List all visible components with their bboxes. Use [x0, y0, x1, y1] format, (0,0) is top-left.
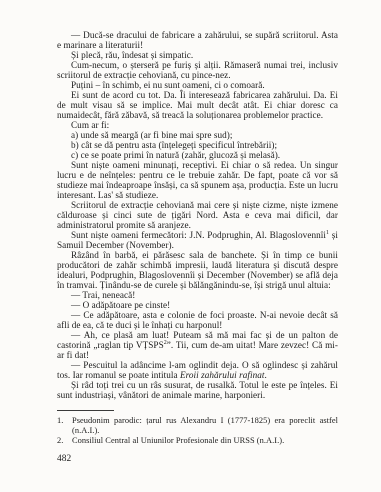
paragraph: Scriitorul de extracție cehoviană mai ce…: [57, 200, 338, 230]
paragraph: — Ah, ce plasă am luat! Puteam să mă mai…: [57, 330, 338, 360]
paragraph: Și râd toți trei cu un râs susurat, de r…: [57, 380, 338, 400]
page-number: 482: [57, 454, 338, 464]
text-segment: — Ducă-se dracului de fabricare a zahăru…: [57, 30, 338, 50]
footnotes-list: 1.Pseudonim parodic: țarul rus Alexandru…: [57, 416, 338, 445]
footnote-text: Consiliul Central al Uniunilor Profesion…: [72, 436, 338, 446]
footnote-number: 2.: [57, 436, 72, 446]
footnote: 2.Consiliul Central al Uniunilor Profesi…: [57, 436, 338, 446]
paragraph: Și plecă, rău, îndesat și simpatic.: [57, 50, 338, 60]
text-segment: b) cât se dă pentru asta (înțelegeți spe…: [71, 140, 277, 150]
text-segment: Cum-necum, o șterseră pe furiș și alții.…: [57, 60, 338, 80]
text-segment: Puțini – în schimb, ei nu sunt oameni, c…: [71, 80, 265, 90]
paragraph: Puțini – în schimb, ei nu sunt oameni, c…: [57, 80, 338, 90]
footnote-text: Pseudonim parodic: țarul rus Alexandru I…: [72, 416, 338, 436]
paragraph: — O adăpătoare pe cinste!: [57, 300, 338, 310]
text-segment: a) unde să meargă (ar fi bine mai spre s…: [71, 130, 232, 140]
paragraph: — Ce adăpătoare, asta e colonie de foci …: [57, 310, 338, 330]
text-segment: Scriitorul de extracție cehoviană mai ce…: [57, 200, 338, 230]
text-segment: c) ce se poate primi în natură (zahăr, g…: [71, 150, 280, 160]
text-segment: Ei sunt de acord cu tot. Da. Îi interese…: [57, 90, 338, 120]
text-segment: Sunt niște oameni minunați, receptivi. E…: [57, 160, 338, 200]
paragraph: c) ce se poate primi în natură (zahăr, g…: [57, 150, 338, 160]
text-segment: Sunt niște oameni fermecători: J.N. Podp…: [71, 230, 326, 240]
text-segment: Râzând în barbă, ei părăsesc sala de ban…: [57, 250, 338, 290]
footnote: 1.Pseudonim parodic: țarul rus Alexandru…: [57, 416, 338, 436]
paragraph: — Ducă-se dracului de fabricare a zahăru…: [57, 30, 338, 50]
text-segment: Cum ar fi:: [71, 120, 109, 130]
paragraph: Râzând în barbă, ei părăsesc sala de ban…: [57, 250, 338, 290]
book-page: — Ducă-se dracului de fabricare a zahăru…: [0, 0, 381, 492]
footnote-divider: [57, 410, 114, 411]
paragraph: — Pescuitul la adâncime l-am oglindit de…: [57, 360, 338, 380]
paragraph: Cum ar fi:: [57, 120, 338, 130]
paragraph: Sunt niște oameni minunați, receptivi. E…: [57, 160, 338, 200]
paragraph: Sunt niște oameni fermecători: J.N. Podp…: [57, 230, 338, 250]
text-segment: — Trai, neneacă!: [71, 290, 135, 300]
text-segment: — O adăpătoare pe cinste!: [71, 300, 170, 310]
text-segment: Și plecă, rău, îndesat și simpatic.: [71, 50, 193, 60]
text-segment: — Ce adăpătoare, asta e colonie de foci …: [57, 310, 338, 330]
paragraph: — Trai, neneacă!: [57, 290, 338, 300]
footnote-number: 1.: [57, 416, 72, 436]
paragraph: b) cât se dă pentru asta (înțelegeți spe…: [57, 140, 338, 150]
text-block: — Ducă-se dracului de fabricare a zahăru…: [57, 30, 338, 464]
text-segment: Și râd toți trei cu un râs susurat, de r…: [57, 380, 338, 400]
body-text: — Ducă-se dracului de fabricare a zahăru…: [57, 30, 338, 400]
paragraph: Cum-necum, o șterseră pe furiș și alții.…: [57, 60, 338, 80]
text-segment: .: [264, 370, 266, 380]
text-segment: Eroii zahărului rafinat: [180, 370, 265, 380]
paragraph: a) unde să meargă (ar fi bine mai spre s…: [57, 130, 338, 140]
paragraph: Ei sunt de acord cu tot. Da. Îi interese…: [57, 90, 338, 120]
